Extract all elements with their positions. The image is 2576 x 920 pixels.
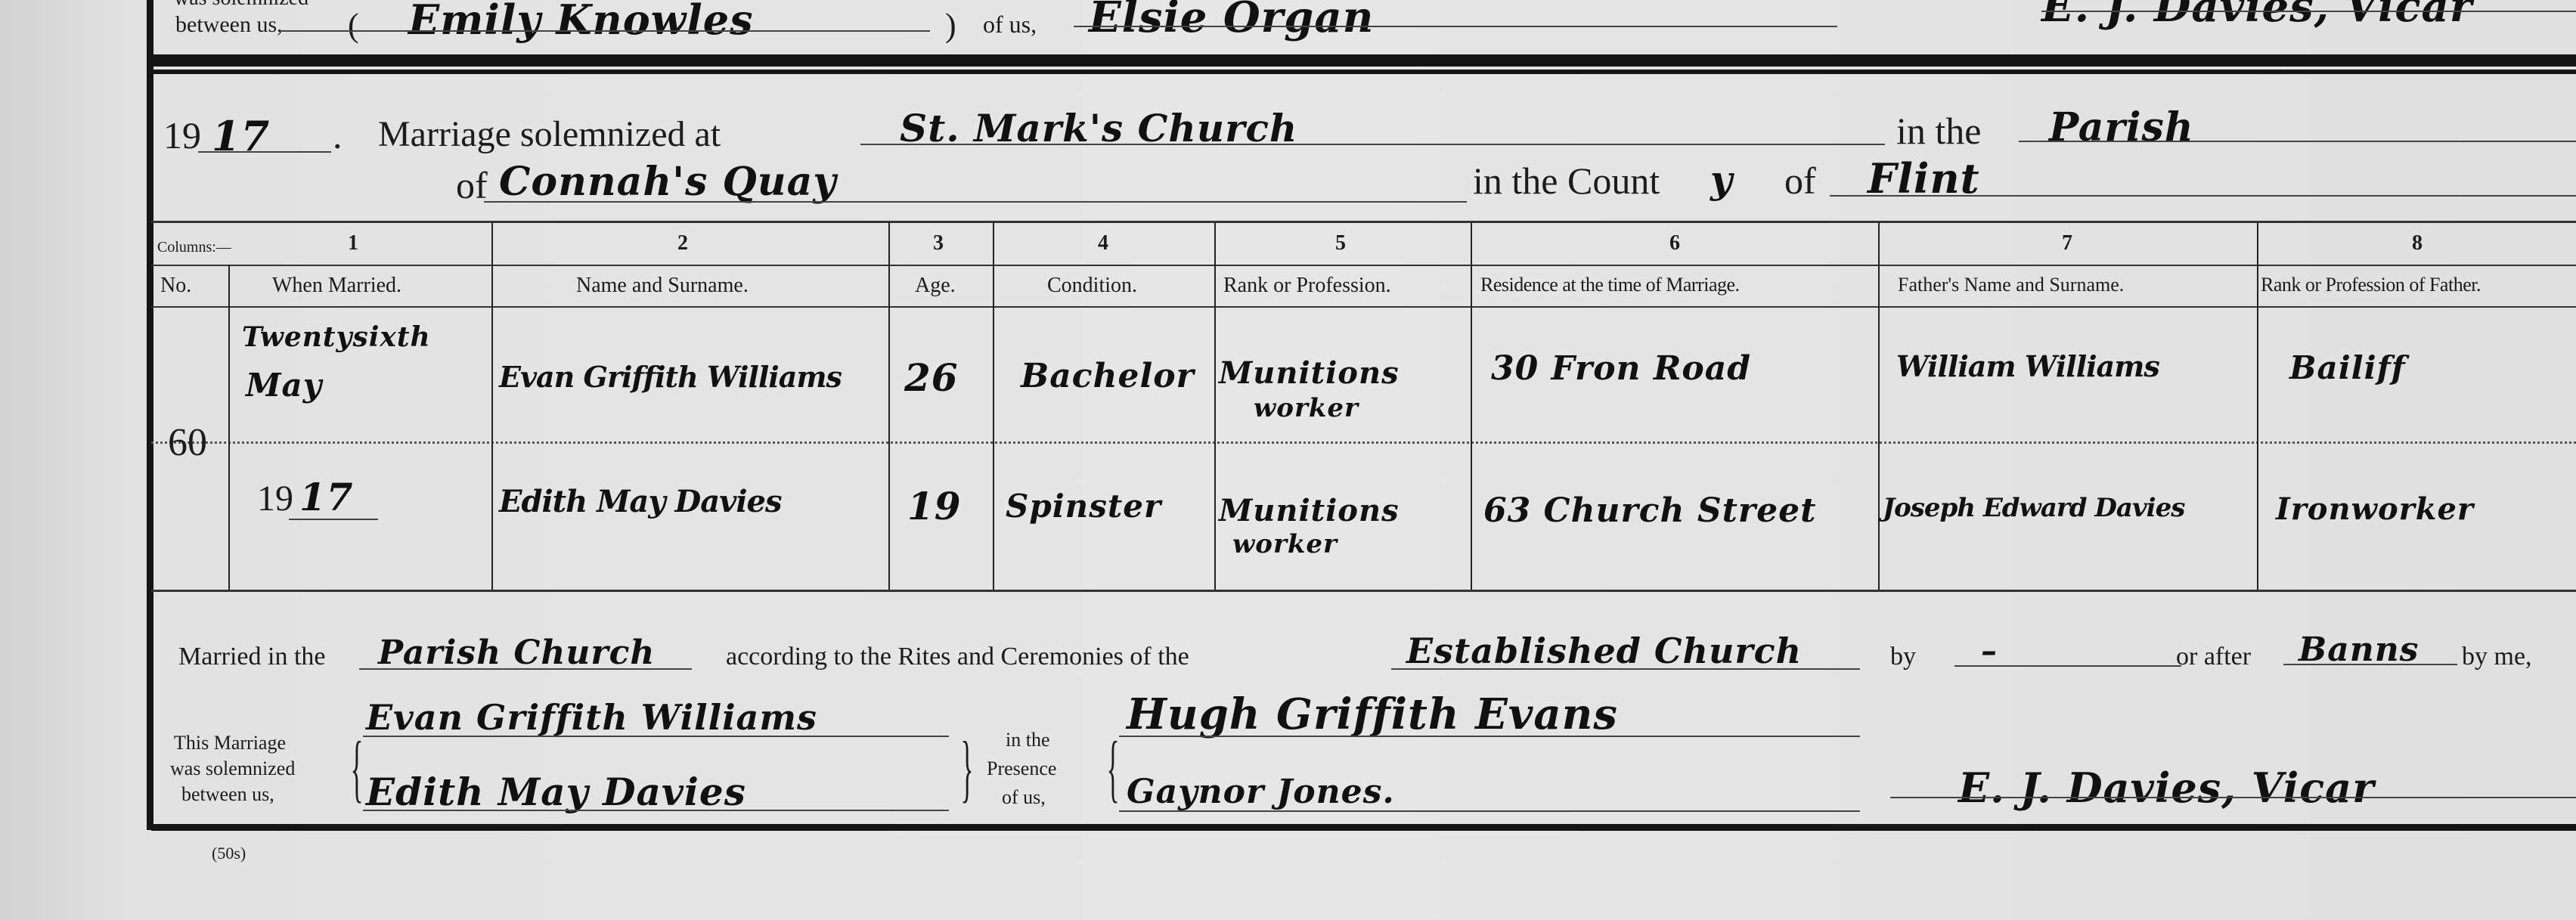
of-label: of bbox=[456, 163, 488, 207]
in-the-presence-label-3: of us, bbox=[1002, 786, 1046, 809]
column-number-1: 1 bbox=[348, 231, 358, 256]
col-divider-no bbox=[228, 265, 230, 590]
groom-rank-line1: Munitions bbox=[1219, 355, 1400, 391]
col-divider-6 bbox=[1878, 223, 1880, 590]
table-top-rule bbox=[151, 221, 2576, 223]
solemnized-at-label: Marriage solemnized at bbox=[378, 113, 721, 155]
entry-separator-bottom bbox=[147, 70, 2576, 74]
prev-between-label: between us, bbox=[175, 12, 283, 38]
by-me-label: by me, bbox=[2462, 643, 2532, 671]
party-2-underline bbox=[363, 810, 949, 811]
officiant-underline bbox=[1890, 797, 2576, 798]
header-when-married: When Married. bbox=[272, 274, 401, 298]
in-the-label: in the bbox=[1896, 109, 1981, 153]
header-condition: Condition. bbox=[1047, 274, 1137, 298]
when-married-day: Twentysixth bbox=[242, 321, 431, 353]
when-married-year-prefix: 19 bbox=[257, 478, 293, 519]
in-the-presence-label-2: Presence bbox=[987, 757, 1056, 780]
col-divider-2 bbox=[888, 223, 890, 590]
bride-father-name: Joseph Edward Davies bbox=[1883, 493, 2184, 523]
place-underline bbox=[860, 144, 1885, 145]
entry-separator-top bbox=[147, 54, 2576, 67]
was-solemnized-label: was solemnized bbox=[170, 757, 295, 780]
col-divider-3 bbox=[993, 223, 994, 590]
col-divider-4 bbox=[1214, 223, 1216, 590]
table-bottom-rule bbox=[151, 590, 2576, 592]
col-divider-5 bbox=[1471, 223, 1472, 590]
col-divider-7 bbox=[2257, 223, 2258, 590]
party-1-underline bbox=[363, 736, 949, 737]
column-number-rule bbox=[151, 265, 2576, 266]
register-page: was solemnized between us, ( Emily Knowl… bbox=[0, 0, 2576, 920]
parties-brace-open: { bbox=[351, 724, 364, 811]
column-number-5: 5 bbox=[1335, 231, 1346, 256]
parish-name-value: Connah's Quay bbox=[499, 159, 837, 205]
form-code: (50s) bbox=[212, 844, 246, 863]
or-after-label: or after bbox=[2176, 643, 2251, 671]
bride-rank-line1: Munitions bbox=[1219, 493, 1400, 528]
column-number-7: 7 bbox=[2062, 231, 2072, 256]
column-number-4: 4 bbox=[1098, 231, 1108, 256]
between-us-label: between us, bbox=[181, 783, 274, 806]
column-number-3: 3 bbox=[933, 231, 944, 256]
rites-label: according to the Rites and Ceremonies of… bbox=[726, 643, 1189, 671]
parish-underline bbox=[484, 201, 1467, 203]
prev-presence-label: of us, bbox=[983, 11, 1037, 39]
row-divider bbox=[151, 441, 2576, 444]
district-type-value: Parish bbox=[2049, 104, 2194, 150]
district-underline bbox=[2019, 141, 2576, 142]
or-after-underline bbox=[2283, 664, 2457, 665]
groom-age: 26 bbox=[904, 355, 959, 400]
header-bottom-rule bbox=[151, 306, 2576, 308]
this-marriage-label: This Marriage bbox=[174, 732, 286, 754]
groom-residence: 30 Fron Road bbox=[1491, 349, 1751, 388]
witnesses-brace-open: { bbox=[1107, 724, 1120, 811]
witness-2-underline bbox=[1119, 810, 1860, 812]
rites-value: Established Church bbox=[1406, 630, 1802, 671]
groom-condition: Bachelor bbox=[1021, 357, 1195, 395]
prev-witness-underline bbox=[1074, 26, 1837, 27]
when-married-year-suffix: 17 bbox=[299, 475, 354, 519]
married-in-value: Parish Church bbox=[378, 633, 655, 672]
witness-1-signature: Hugh Griffith Evans bbox=[1127, 689, 1618, 739]
groom-name: Evan Griffith Williams bbox=[499, 360, 842, 394]
prev-witness-name: Elsie Organ bbox=[1089, 0, 1374, 42]
entry-number: 60 bbox=[168, 420, 207, 465]
entry-year-underline bbox=[198, 151, 331, 153]
left-border bbox=[147, 0, 153, 830]
by-underline bbox=[1954, 665, 2181, 667]
bride-rank-line2: worker bbox=[1232, 529, 1338, 559]
groom-father-name: William Williams bbox=[1896, 349, 2159, 383]
party-1-signature: Evan Griffith Williams bbox=[366, 697, 817, 738]
bride-age: 19 bbox=[907, 484, 962, 528]
groom-rank-line2: worker bbox=[1254, 393, 1359, 423]
register-bottom-rule bbox=[151, 824, 2576, 831]
column-number-6: 6 bbox=[1669, 231, 1680, 256]
header-father-name: Father's Name and Surname. bbox=[1898, 274, 2124, 296]
county-underline bbox=[1830, 195, 2576, 197]
prev-officiant-underline bbox=[2041, 11, 2576, 12]
entry-year-period: . bbox=[333, 113, 343, 157]
header-rank: Rank or Profession. bbox=[1223, 274, 1391, 298]
columns-label: Columns:— bbox=[157, 239, 231, 256]
prev-solemnized-label: was solemnized bbox=[174, 0, 308, 11]
prev-brace-open: ( bbox=[348, 6, 359, 45]
witness-1-underline bbox=[1119, 736, 1860, 737]
header-age: Age. bbox=[915, 274, 956, 298]
when-married-year-underline bbox=[289, 519, 378, 520]
col-divider-1 bbox=[491, 223, 493, 590]
bride-father-rank: Ironworker bbox=[2276, 491, 2474, 527]
column-number-2: 2 bbox=[677, 231, 688, 256]
married-in-underline bbox=[359, 668, 692, 670]
county-of-label: of bbox=[1784, 159, 1816, 203]
header-name: Name and Surname. bbox=[576, 274, 749, 298]
married-in-label: Married in the bbox=[178, 643, 326, 671]
bride-name: Edith May Davies bbox=[499, 484, 782, 519]
header-residence: Residence at the time of Marriage. bbox=[1480, 274, 1740, 296]
header-no: No. bbox=[160, 274, 191, 298]
prev-brace-close: ) bbox=[945, 6, 956, 45]
party-2-signature: Edith May Davies bbox=[366, 770, 746, 814]
header-father-rank: Rank or Profession of Father. bbox=[2261, 274, 2481, 296]
county-label: in the Count bbox=[1473, 159, 1660, 203]
county-label-fill: y bbox=[1710, 157, 1733, 202]
bride-residence: 63 Church Street bbox=[1483, 491, 1816, 530]
by-label: by bbox=[1890, 643, 1916, 671]
entry-year-suffix: 17 bbox=[212, 112, 270, 160]
bride-condition: Spinster bbox=[1006, 488, 1161, 525]
prev-party-name: Emily Knowles bbox=[408, 0, 753, 44]
witness-2-signature: Gaynor Jones. bbox=[1127, 773, 1395, 811]
parties-brace-close: } bbox=[961, 724, 974, 811]
prev-party-underline bbox=[280, 30, 930, 32]
entry-year-prefix: 19 bbox=[163, 113, 201, 157]
officiant-signature: E. J. Davies, Vicar bbox=[1958, 764, 2375, 812]
by-value: – bbox=[1981, 632, 1998, 669]
column-number-8: 8 bbox=[2412, 231, 2423, 256]
rites-underline bbox=[1391, 668, 1860, 670]
when-married-month: May bbox=[246, 367, 322, 404]
in-the-presence-label-1: in the bbox=[1006, 729, 1050, 751]
prev-officiant: E. J. Davies, Vicar bbox=[2041, 0, 2472, 32]
groom-father-rank: Bailiff bbox=[2289, 349, 2406, 386]
